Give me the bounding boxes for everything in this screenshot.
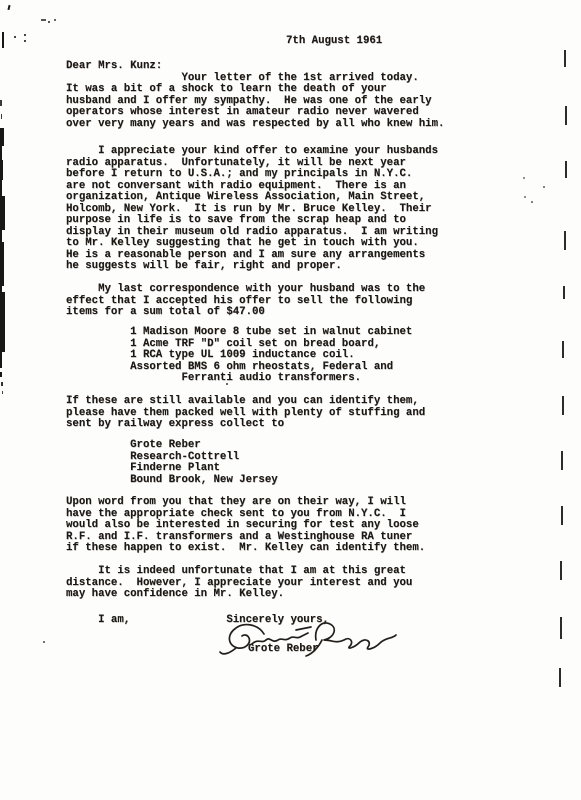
scan-right-tick	[562, 341, 564, 358]
scan-right-tick	[565, 161, 567, 178]
scan-right-tick	[564, 50, 566, 67]
scan-left-edge-blob	[0, 196, 5, 230]
scan-left-mark	[2, 391, 3, 394]
scan-dot	[14, 36, 16, 38]
scan-right-tick	[563, 286, 565, 299]
paragraph-upon-word: Upon word from you that they are on thei…	[66, 497, 425, 555]
scan-speck	[43, 641, 45, 643]
scan-speck-topleft	[7, 5, 10, 10]
letter-date: 7th August 1961	[286, 36, 382, 48]
scan-right-tick	[565, 106, 567, 125]
scan-dash	[41, 19, 46, 21]
scan-speck	[524, 196, 526, 198]
paragraph-unfortunate: It is indeed unfortunate that I am at th…	[66, 566, 412, 601]
paragraph-availability: If these are still available and you can…	[66, 396, 425, 431]
scan-right-tick	[562, 396, 564, 415]
scan-right-tick	[560, 561, 562, 580]
scan-right-tick	[559, 668, 561, 687]
paragraph-appreciate: I appreciate your kind offer to examine …	[66, 146, 438, 273]
paragraph-correspondence: My last correspondence with your husband…	[66, 284, 425, 319]
scan-right-tick	[560, 617, 562, 639]
scan-dot	[48, 21, 50, 23]
scan-dot	[24, 40, 26, 42]
scan-left-mark	[0, 372, 2, 377]
scan-left-edge-blob	[0, 128, 4, 146]
scan-dot	[24, 34, 26, 36]
scan-speck	[226, 383, 228, 385]
scan-left-mark	[1, 114, 2, 119]
scan-speck	[523, 177, 525, 179]
typed-signature: Grote Reber	[248, 644, 319, 656]
scan-right-tick	[561, 451, 563, 470]
equipment-item-list: 1 Madison Moore 8 tube set in walnut cab…	[66, 327, 412, 385]
scan-left-edge-blob	[0, 292, 5, 352]
scan-right-tick	[564, 231, 566, 250]
scan-speck	[543, 186, 545, 188]
scan-dash	[54, 19, 56, 21]
scan-left-edge-blob	[0, 160, 3, 180]
scan-speck	[531, 201, 533, 203]
letter-page: 7th August 1961 Dear Mrs. Kunz: Your let…	[0, 0, 581, 800]
scan-left-edge-blob	[0, 242, 4, 286]
scan-left-mark	[1, 382, 3, 386]
scan-right-tick	[561, 506, 563, 525]
paragraph-opening: Dear Mrs. Kunz: Your letter of the 1st a…	[66, 61, 444, 130]
scan-left-mark	[0, 100, 2, 106]
scan-left-tick	[2, 32, 4, 48]
shipping-address-block: Grote Reber Research-Cottrell Finderne P…	[66, 440, 278, 486]
